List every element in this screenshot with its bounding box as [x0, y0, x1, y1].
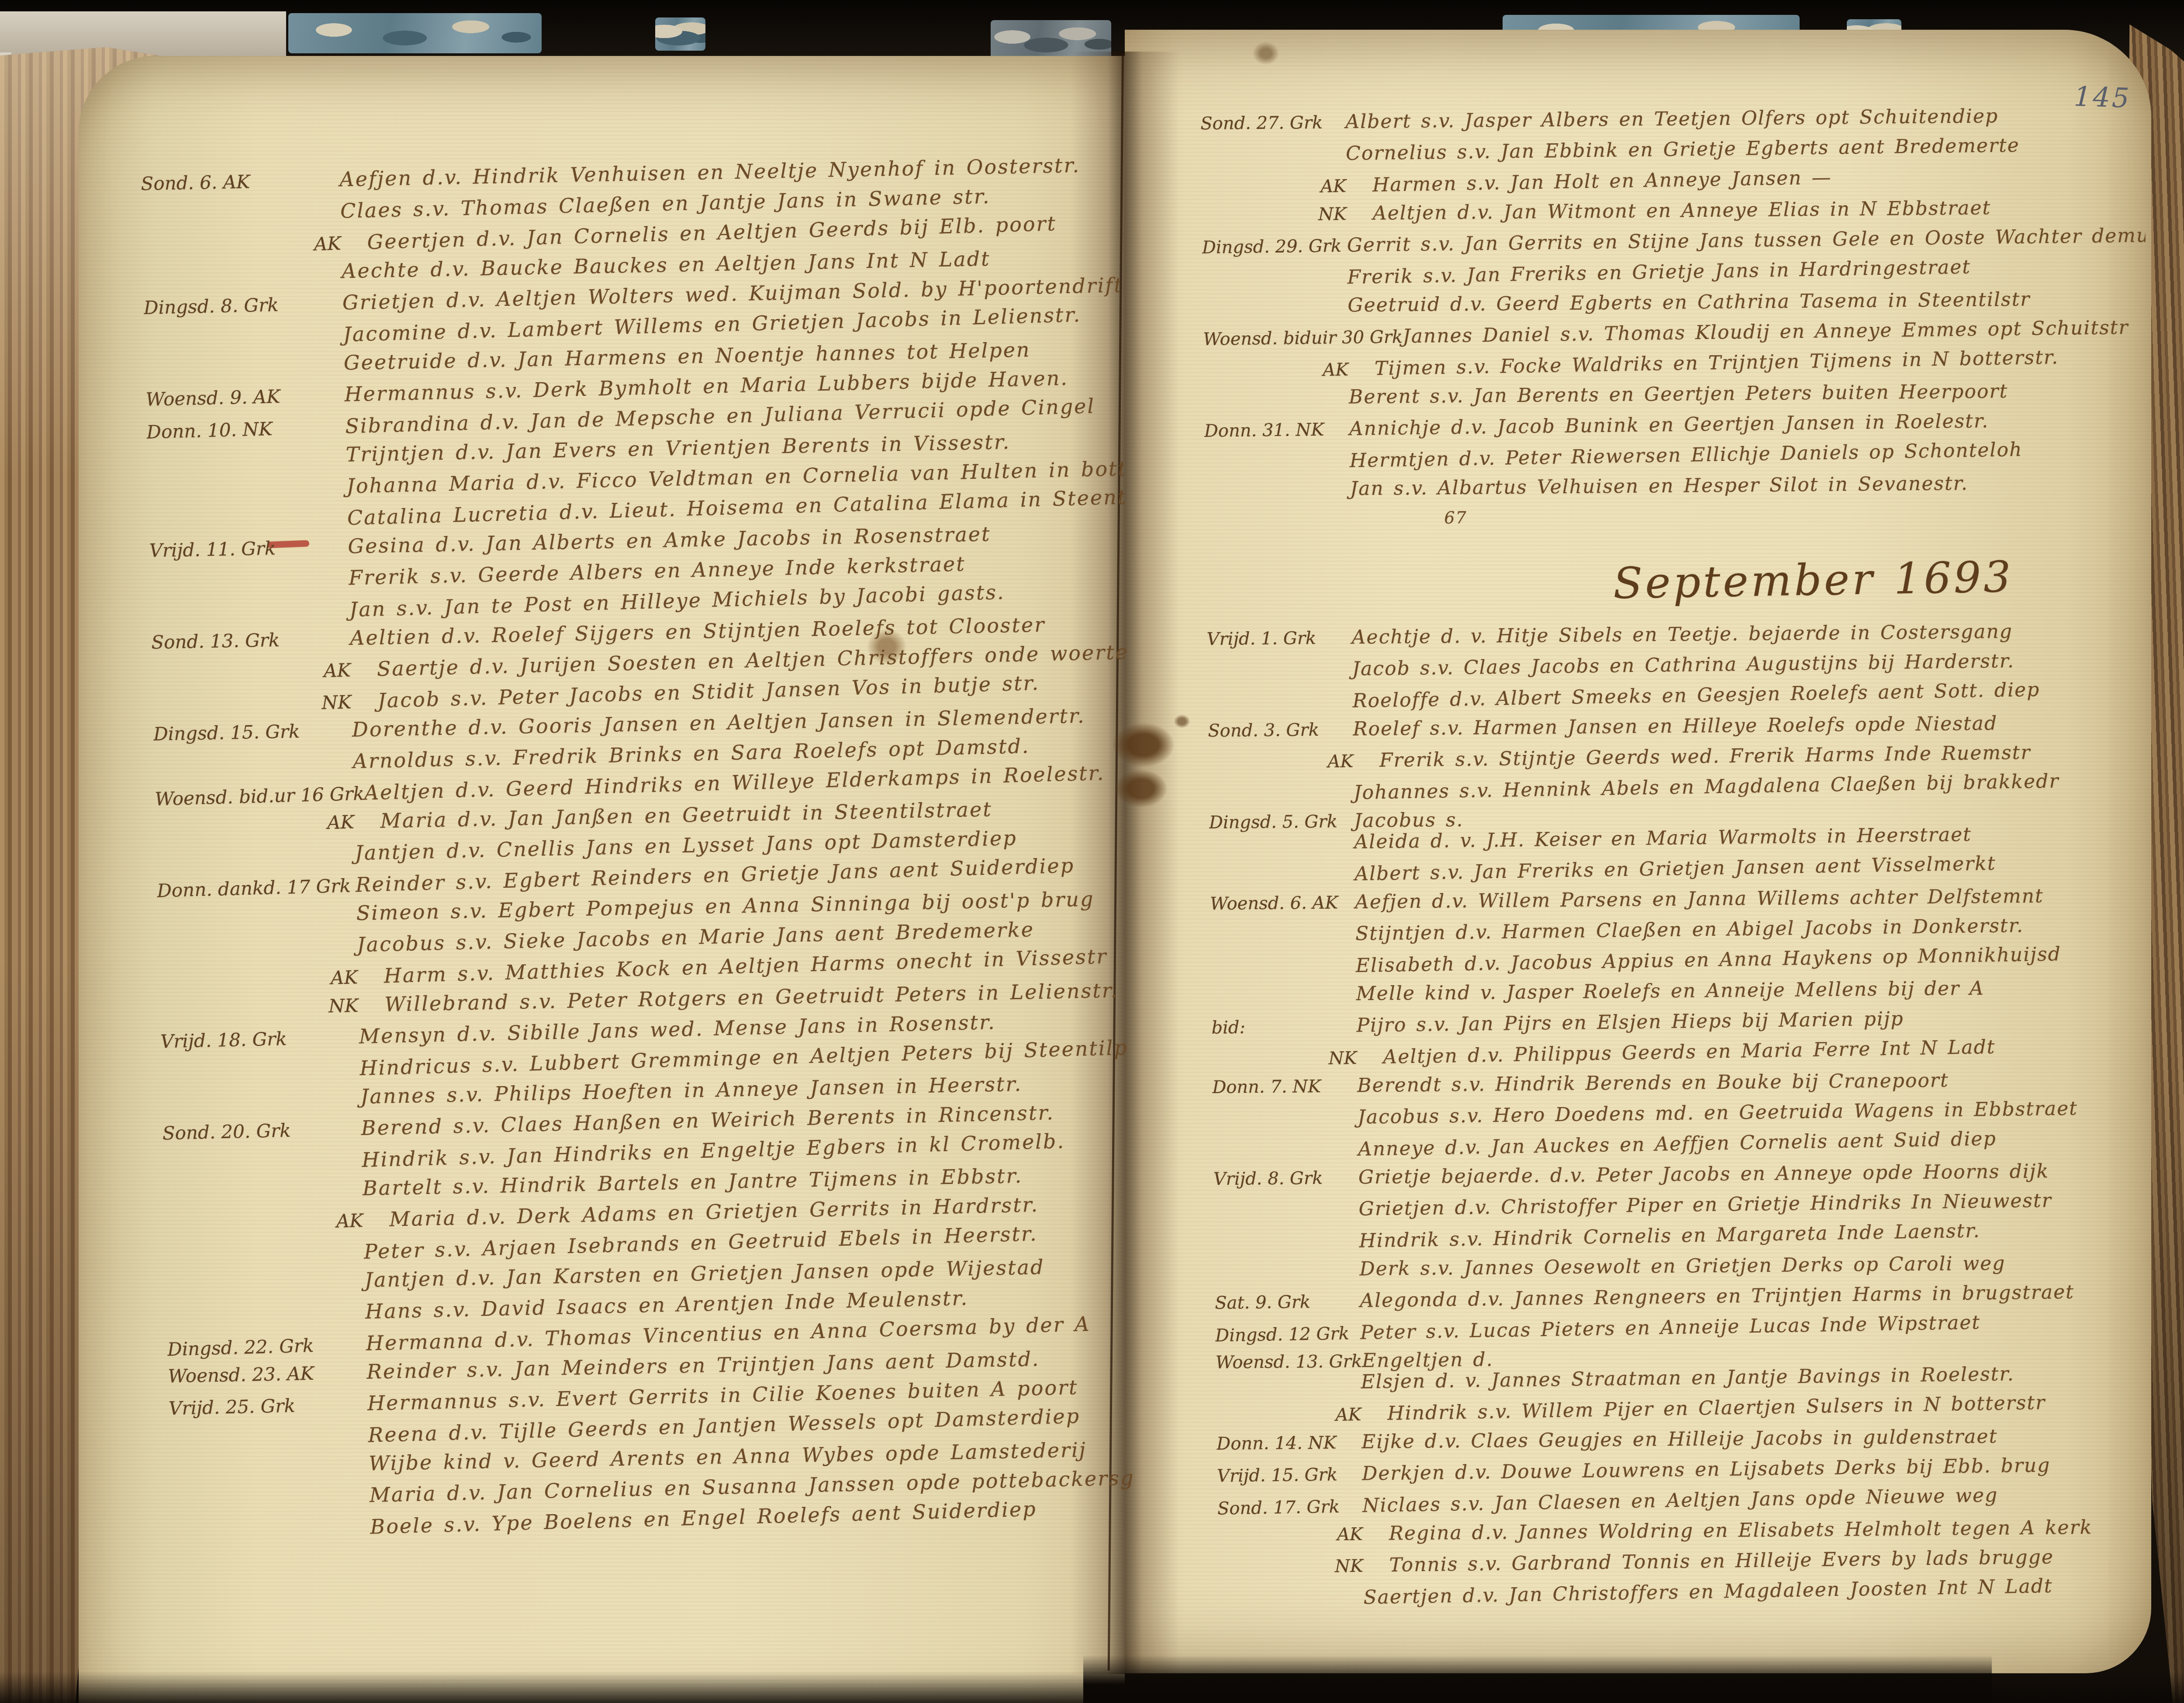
entry-date-label: AK — [164, 1209, 390, 1236]
entry-date-label — [164, 1195, 363, 1199]
entry-date-label — [1213, 1156, 1358, 1158]
entry-date-label: Donn. 31. NK — [1204, 419, 1350, 441]
entry-date-label: AK — [1203, 359, 1375, 382]
entry-date-label — [172, 1534, 370, 1539]
entry-date-label: NK — [1212, 1048, 1383, 1070]
entry-date-label — [142, 218, 341, 222]
entry-date-label — [161, 1075, 360, 1080]
entry-date-label: bid: — [1211, 1016, 1357, 1038]
entry-date-label — [159, 952, 357, 956]
entry-date-label: NK — [1218, 1556, 1389, 1578]
entry-date-label: Vrijd. 15. Grk — [1217, 1464, 1362, 1486]
marbled-board-fragment — [288, 13, 542, 53]
entry-date-label: AK — [142, 232, 367, 260]
entry-date-label: Sond. 27. Grk — [1200, 112, 1345, 134]
entry-date-label — [1204, 403, 1349, 405]
entry-date-label — [171, 1502, 370, 1506]
book-spread-photo: { "page_number": "145", "colors": { "ink… — [0, 0, 2184, 1703]
ink-blot — [1174, 715, 1190, 728]
entry-date-label: Donn. 7. NK — [1212, 1076, 1357, 1097]
entry-date-label: AK — [1208, 751, 1380, 773]
entry-date-label — [1208, 707, 1353, 710]
entry-date-label: Woensd. 9. AK — [145, 384, 345, 410]
entry-date-label: AK — [159, 966, 384, 993]
entry-date-label: Sond. 3. Grk — [1208, 720, 1353, 741]
entry-date-label: Donn. 14. NK — [1216, 1433, 1362, 1454]
entry-date-label — [1215, 1275, 1360, 1277]
entry-date-label — [169, 1442, 368, 1447]
entry-date-label: AK — [155, 811, 380, 837]
entry-text: Aeltjen d.v. Jan Witmont en Anneye Elias… — [1373, 197, 1991, 224]
entry-date-label: Woensd. 13. Grk — [1216, 1351, 1362, 1373]
entry-date-label: Woensd. bid.ur 16 Grk — [155, 783, 365, 810]
entry-date-label: Vrijd. 11. Grk — [149, 536, 348, 561]
entry-date-label — [163, 1167, 362, 1172]
entry-date-label: Vrijd. 8. Grk — [1213, 1168, 1358, 1189]
month-heading: September 1693 — [1206, 534, 2150, 631]
entry-date-label — [1214, 1215, 1359, 1217]
month-heading-text: September 1693 — [1613, 552, 2014, 609]
entry-date-label — [1210, 880, 1355, 883]
entry-date-label: Dingsd. 29. Grk — [1202, 236, 1347, 258]
entry-date-label: NK — [159, 994, 385, 1020]
entry-date-label — [154, 768, 353, 772]
entry-date-label: Donn. dankd. 17 Grk — [157, 875, 356, 901]
entry-date-label — [156, 860, 355, 864]
entry-date-label: AK — [152, 659, 377, 685]
entry-date-label — [1205, 467, 1350, 470]
entry-date-label: Donn. 10. NK — [146, 416, 346, 443]
entry-date-label: Dingsd. 15. Grk — [153, 720, 352, 745]
entry-date-label — [145, 370, 344, 374]
entry-date-label — [1201, 160, 1346, 162]
entry-date-label — [1211, 972, 1356, 975]
marbled-board-fragment — [655, 17, 705, 51]
entry-date-label: Sond. 17. Grk — [1217, 1496, 1363, 1519]
entry-text: Jacobus s. — [1354, 809, 1464, 832]
entry-date-label — [1211, 1000, 1356, 1001]
entry-date-label: AK — [1201, 176, 1373, 198]
entry-date-label: AK — [1216, 1404, 1388, 1427]
entry-date-label — [1206, 588, 1351, 591]
entry-date-label — [1209, 848, 1355, 850]
entry-date-label — [1216, 1388, 1361, 1390]
entry-date-label — [1214, 1247, 1359, 1250]
entry-date-label: Sond. 6. AK — [141, 169, 340, 194]
entry-text: 67 — [1444, 508, 1467, 528]
entry-text: Berendt s.v. Hindrik Berends en Bouke bi… — [1357, 1069, 1949, 1097]
entry-date-label: Vrijd. 18. Grk — [160, 1026, 359, 1052]
entry-date-label: AK — [1218, 1524, 1389, 1546]
entry-date-label: NK — [152, 691, 378, 718]
entry-date-label — [1205, 495, 1350, 496]
left-page-text: Sond. 6. AKAefjen d.v. Hindrik Venhuisen… — [141, 151, 1148, 1549]
entry-date-label — [148, 493, 347, 497]
entry-date-label — [167, 1319, 366, 1323]
entry-date-label — [166, 1259, 364, 1264]
table-surface-strip — [0, 11, 286, 57]
entry-date-label — [166, 1287, 365, 1291]
entry-date-label: Sond. 20. Grk — [162, 1118, 361, 1144]
entry-date-label — [170, 1471, 369, 1475]
entry-date-label — [1203, 312, 1348, 313]
entry-date-label — [158, 920, 356, 924]
entry-date-label — [150, 585, 349, 589]
entry-date-label: Sat. 9. Grk — [1215, 1291, 1360, 1313]
entry-date-label: Dingsd. 12 Grk — [1215, 1323, 1361, 1346]
entry-date-label — [145, 341, 343, 346]
paper-stain — [1253, 42, 1279, 65]
entry-date-label — [1219, 1604, 1364, 1606]
entry-date-label — [147, 461, 346, 465]
entry-date-label: Dingsd. 8. Grk — [143, 293, 342, 318]
entry-date-label — [143, 278, 342, 282]
entry-date-label: Dingsd. 5. Grk — [1209, 811, 1354, 833]
entry-date-label: Dingsd. 22. Grk — [167, 1333, 366, 1360]
entry-date-label: NK — [1202, 204, 1373, 225]
entry-date-label: Sond. 13. Grk — [151, 628, 350, 653]
entry-date-label: Vrijd. 25. Grk — [169, 1393, 368, 1419]
entry-date-label — [1203, 284, 1348, 286]
entry-date-label — [149, 525, 348, 530]
entry-date-label: Woensd. 23. AK — [168, 1362, 367, 1387]
entry-date-label — [1206, 525, 1351, 526]
entry-date-label — [1207, 675, 1352, 677]
entry-date-label — [1210, 940, 1355, 942]
entry-date-label: Vrijd. 1. Grk — [1207, 628, 1352, 649]
entry-date-label — [1209, 799, 1354, 802]
bottom-vignette — [0, 1672, 2184, 1703]
entry-date-label — [1213, 1124, 1358, 1125]
entry-date-label: Woensd. biduir 30 Grk — [1203, 327, 1403, 350]
entry-date-label — [162, 1104, 361, 1108]
entry-date-label — [151, 616, 349, 622]
right-page-text: Sond. 27. GrkAlbert s.v. Jasper Albers e… — [1200, 102, 2162, 1617]
entry-text: Engeltjen d. — [1362, 1348, 1493, 1372]
entry-date-label: Woensd. 6. AK — [1210, 893, 1355, 914]
